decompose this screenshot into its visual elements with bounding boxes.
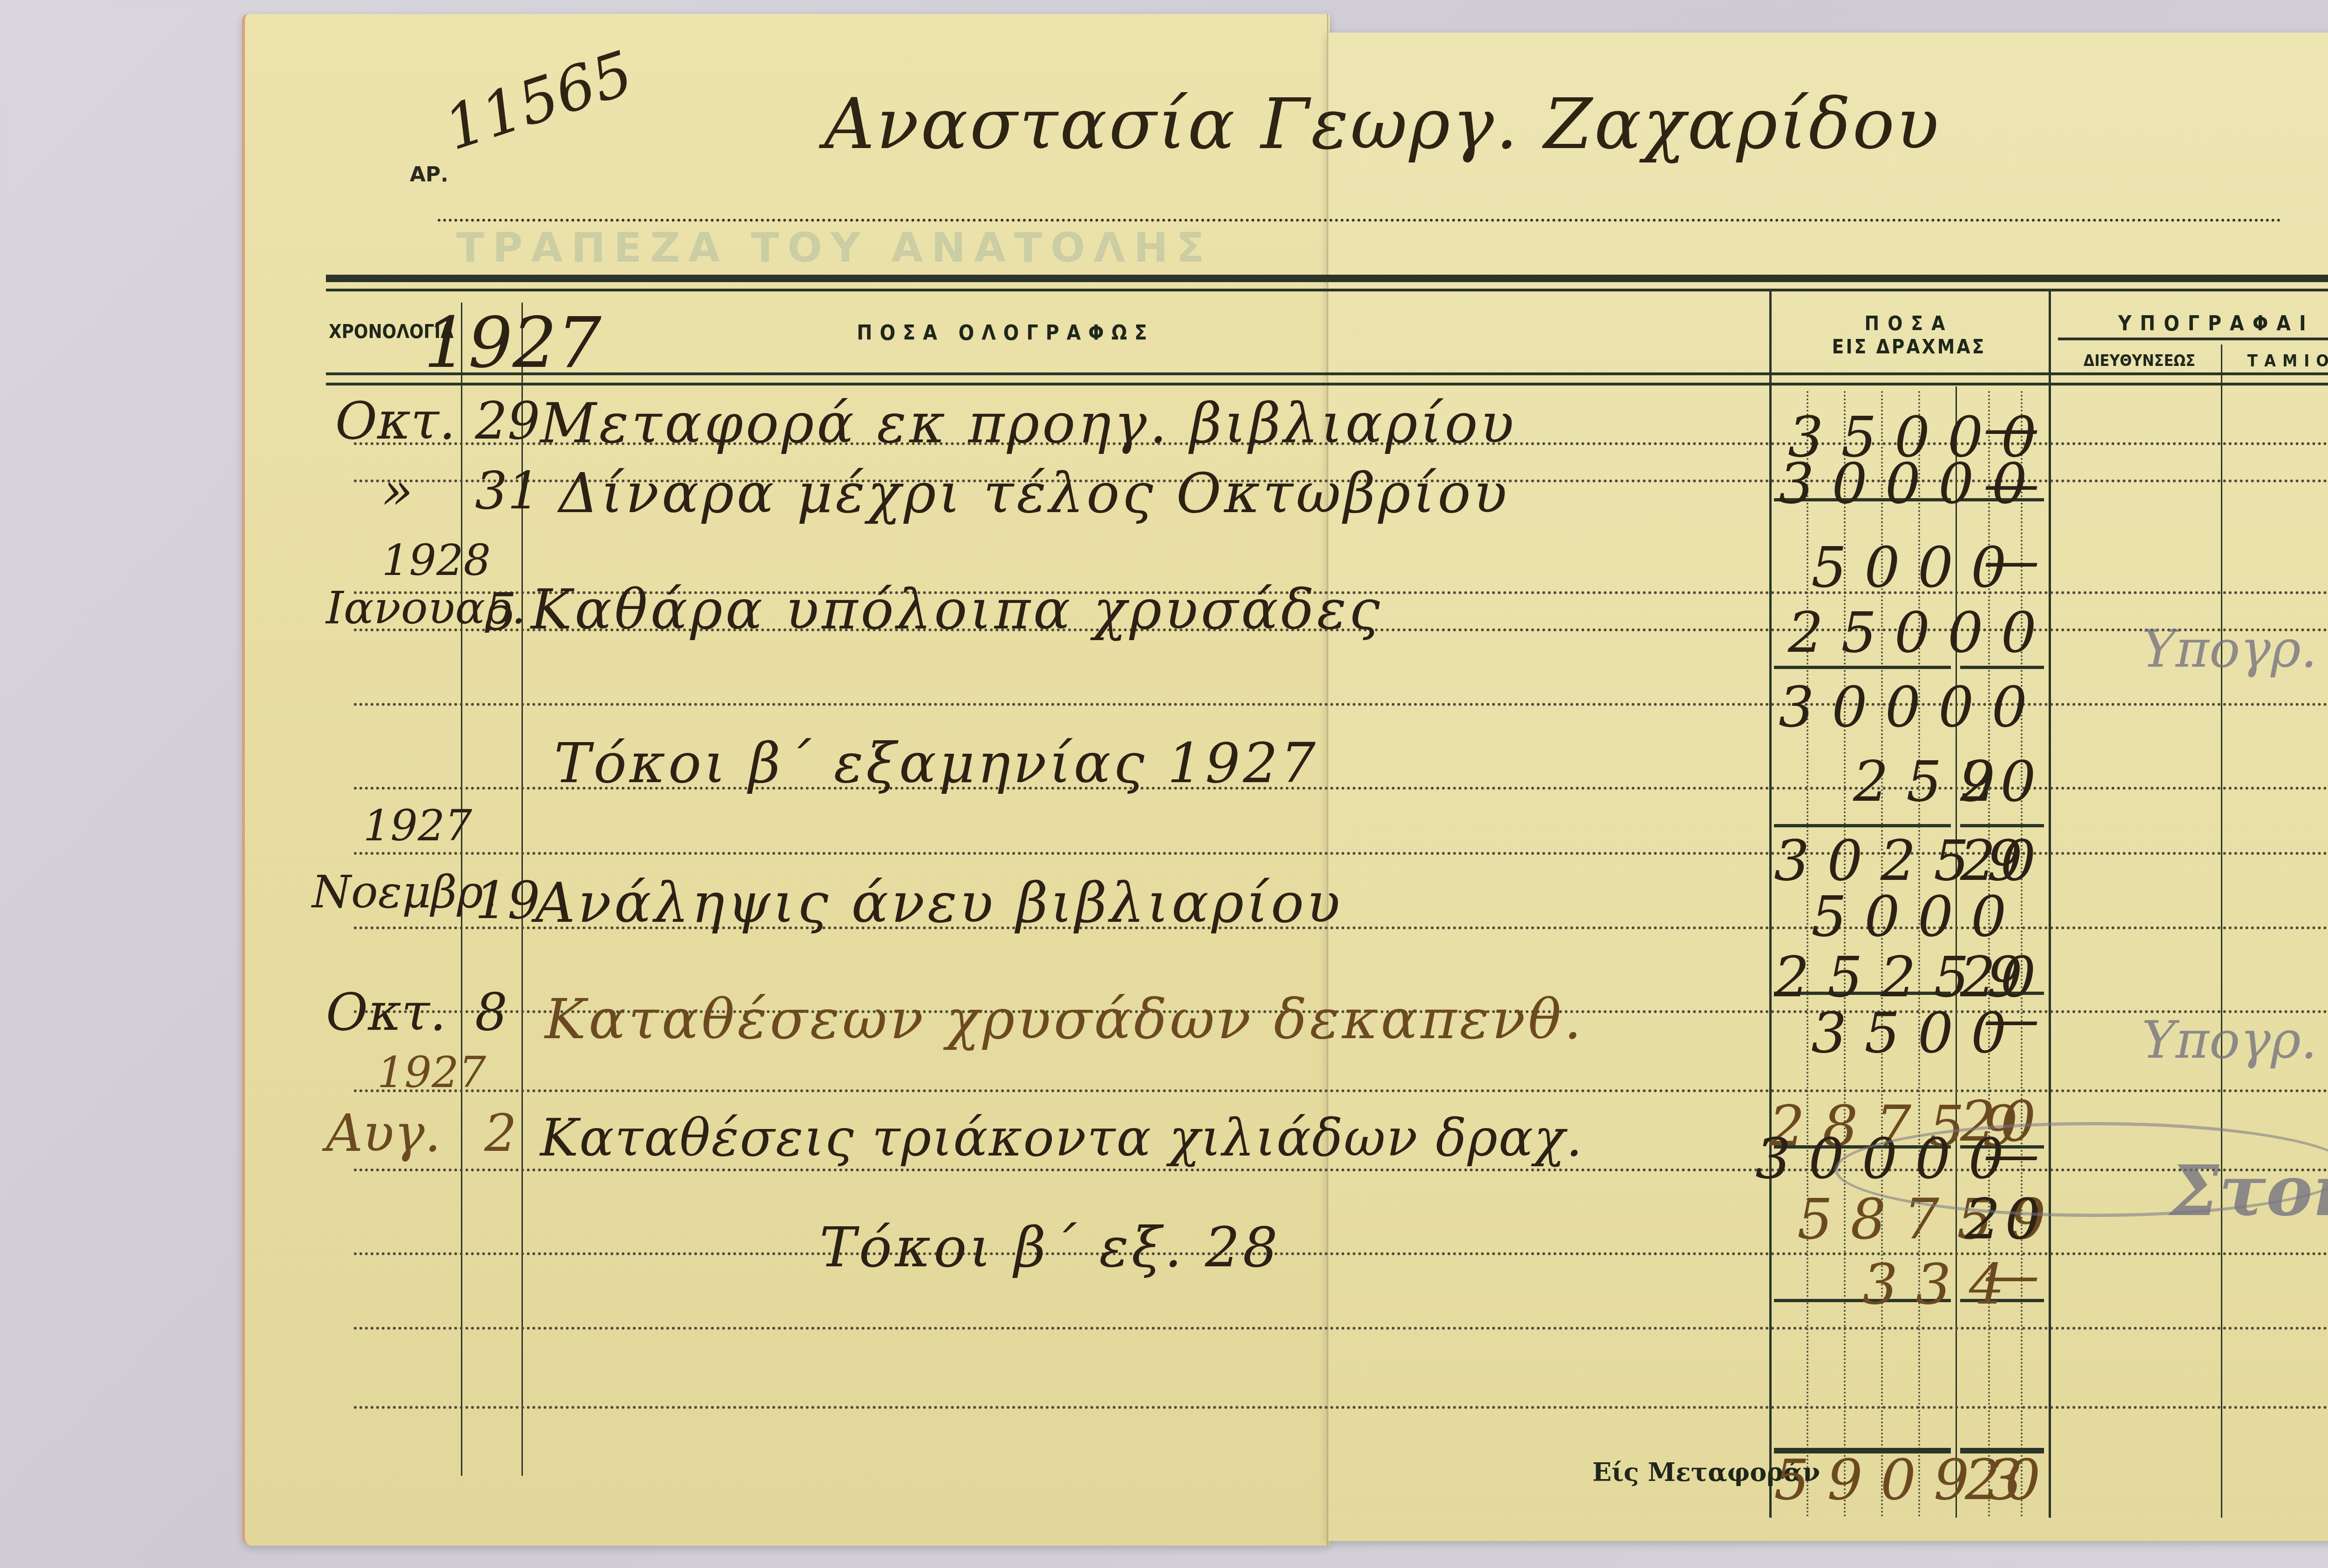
- row-description: Μεταφορά εκ προηγ. βιβλιαρίου: [540, 391, 1517, 455]
- account-label: ΑΡ.: [410, 163, 448, 187]
- row-drachmas: 5000: [1811, 885, 2024, 949]
- row-lepta: 20: [1960, 829, 2041, 893]
- col-divider-signatures: [2049, 289, 2051, 1518]
- header-directorate: ΔΙΕΥΘΥΝΣΕΩΣ: [2058, 351, 2221, 370]
- row-day: 2: [484, 1103, 517, 1163]
- name-dotted-line: [438, 219, 2281, 222]
- row-description: Καθάρα υπόλοιπα χρυσάδες: [531, 577, 1383, 642]
- row-day: 19: [475, 871, 540, 930]
- pencil-signature: Υπογρ.: [2142, 619, 2317, 679]
- faded-bank-stamp: ΤΡΑΠΕΖΑ ΤΟΥ ΑΝΑΤΟΛΗΣ: [456, 223, 1213, 271]
- subtotal-rule: [1774, 824, 1951, 827]
- header-amount-words: ΠΟΣΑ ΟΛΟΓΡΑΦΩΣ: [680, 321, 1332, 345]
- row-description: Τόκοι β΄ εξ. 28: [819, 1215, 1280, 1279]
- pencil-signature: Υπογρ.: [2142, 1010, 2317, 1070]
- row-lepta: —: [1983, 1243, 2044, 1308]
- row-lepta: —: [1983, 396, 2044, 460]
- page-fold: [1327, 14, 1328, 1546]
- row-year: 1928: [382, 535, 491, 585]
- row-month: Οκτ.: [335, 391, 455, 451]
- passbook: ΤΡΑΠΕΖΑ ΤΟΥ ΑΝΑΤΟΛΗΣ ΑΡ. 11565 Αναστασία…: [242, 14, 2328, 1546]
- subtotal-rule: [1774, 666, 1951, 669]
- row-year: 1927: [377, 1048, 486, 1097]
- header-year: 1927: [424, 303, 602, 384]
- row-year: 1927: [363, 801, 472, 851]
- col-divider-cashier: [2221, 345, 2222, 1518]
- header-amount-line1: ΠΟΣΑ: [1774, 312, 2044, 335]
- header-bottom-rule-2: [326, 383, 2328, 385]
- row-lepta: —: [1983, 452, 2044, 516]
- row-month: Νοεμβρ.: [312, 866, 497, 918]
- row-day: 31: [475, 461, 540, 520]
- row-description: Δίναρα μέχρι τέλος Οκτωβρίου: [559, 461, 1509, 525]
- header-amount-line2: ΕΙΣ ΔΡΑΧΜΑΣ: [1774, 335, 2044, 358]
- signatures-subrule: [2058, 338, 2328, 340]
- carry-forward-lepta: 20: [1965, 1448, 2045, 1513]
- row-day: 29: [475, 391, 540, 451]
- col-divider-amount: [1769, 289, 1772, 1518]
- pencil-circle-mark: [1834, 1122, 2328, 1217]
- row-description: Ανάληψις άνευ βιβλιαρίου: [535, 871, 1343, 935]
- row-drachmas: 30000: [1779, 675, 2045, 740]
- row-rule: [354, 1327, 2328, 1330]
- row-month: Οκτ.: [326, 982, 446, 1042]
- row-lepta: 20: [1960, 750, 2041, 814]
- header-bottom-rule: [326, 372, 2328, 375]
- row-description: Καταθέσεις τριάκοντα χιλιάδων δραχ.: [540, 1108, 1583, 1168]
- subtotal-rule: [1960, 824, 2044, 827]
- row-month: »: [382, 461, 413, 520]
- header-cashier: ΤΑΜΙΟΥ: [2226, 351, 2328, 371]
- row-description: Τόκοι β΄ εξαμηνίας 1927: [554, 731, 1319, 795]
- row-lepta: —: [1983, 987, 2044, 1052]
- row-rule: [354, 1406, 2328, 1409]
- header-top-rule: [326, 275, 2328, 282]
- row-month: Αυγ.: [326, 1103, 441, 1163]
- row-lepta: —: [1983, 528, 2044, 593]
- row-day: 5: [484, 582, 517, 642]
- row-day: 8: [475, 982, 508, 1042]
- row-drachmas: 25000: [1788, 601, 2054, 665]
- account-holder-name: Αναστασία Γεωργ. Ζαχαρίδου: [824, 84, 1941, 165]
- row-description: Καταθέσεων χρυσάδων δεκαπενθ.: [545, 987, 1584, 1051]
- header-top-rule-thin: [326, 289, 2328, 291]
- header-signatures: ΥΠΟΓΡΑΦΑΙ: [2058, 312, 2328, 336]
- subtotal-rule: [1960, 666, 2044, 669]
